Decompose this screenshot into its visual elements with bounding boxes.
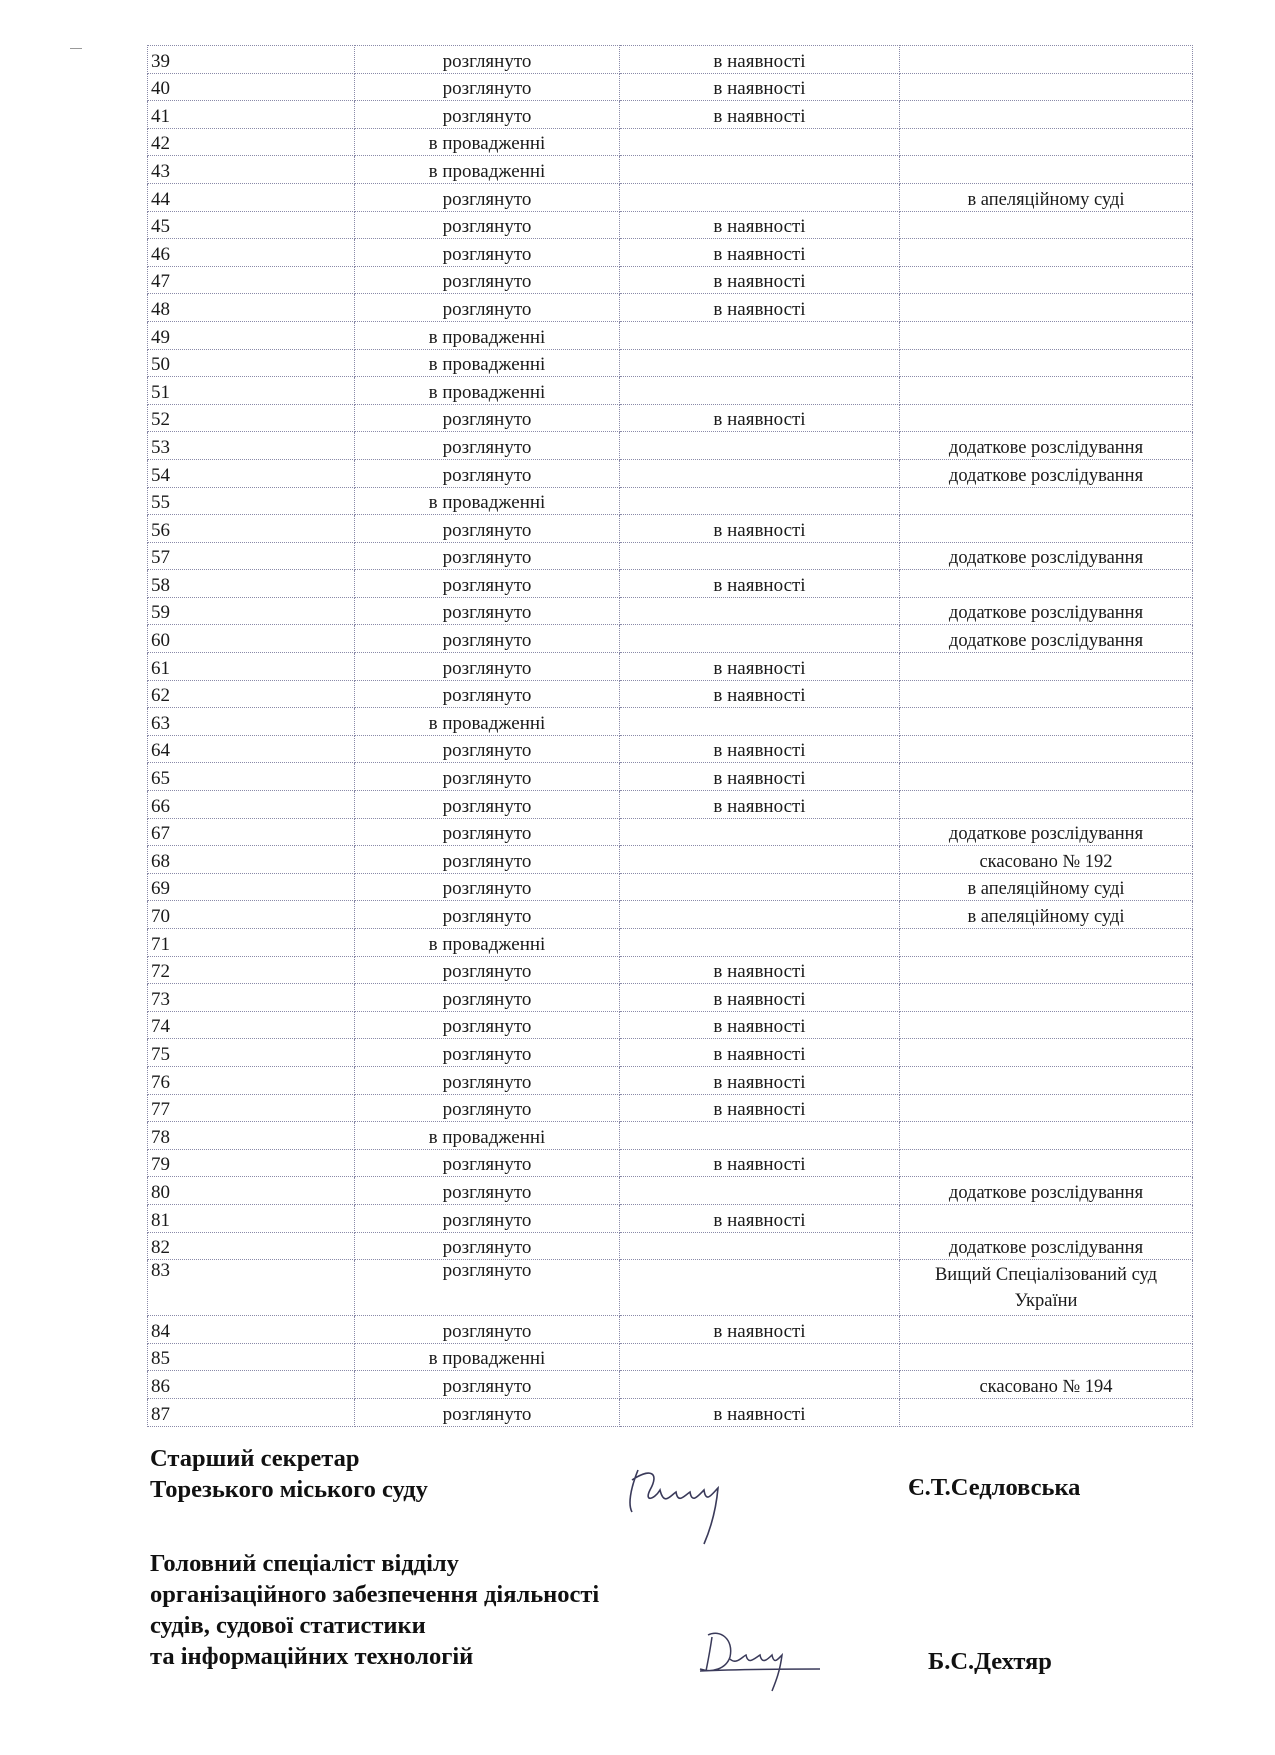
availability-cell: в наявності bbox=[620, 1039, 900, 1067]
note-cell: додаткове розслідування bbox=[900, 1177, 1193, 1205]
note-cell bbox=[900, 1066, 1193, 1094]
case-number-cell: 57 bbox=[148, 542, 355, 570]
availability-cell: в наявності bbox=[620, 763, 900, 791]
table-row: 41розглянутов наявності bbox=[148, 101, 1193, 129]
table-row: 57розглянутододаткове розслідування bbox=[148, 542, 1193, 570]
signatory-2-title: Головний спеціаліст відділу організаційн… bbox=[150, 1548, 599, 1672]
table-row: 55в провадженні bbox=[148, 487, 1193, 515]
availability-cell: в наявності bbox=[620, 1066, 900, 1094]
signature-2-icon bbox=[690, 1625, 830, 1695]
case-number-cell: 76 bbox=[148, 1066, 355, 1094]
availability-cell bbox=[620, 1343, 900, 1371]
table-row: 84розглянутов наявності bbox=[148, 1316, 1193, 1344]
note-cell bbox=[900, 1343, 1193, 1371]
case-number-cell: 63 bbox=[148, 708, 355, 736]
table-row: 58розглянутов наявності bbox=[148, 570, 1193, 598]
document-page: 39розглянутов наявності40розглянутов ная… bbox=[0, 0, 1275, 1755]
note-cell: додаткове розслідування bbox=[900, 1232, 1193, 1260]
case-number-cell: 73 bbox=[148, 984, 355, 1012]
note-cell bbox=[900, 101, 1193, 129]
status-cell: розглянуто bbox=[355, 1066, 620, 1094]
case-number-cell: 65 bbox=[148, 763, 355, 791]
case-number-cell: 74 bbox=[148, 1011, 355, 1039]
availability-cell: в наявності bbox=[620, 680, 900, 708]
note-cell bbox=[900, 1149, 1193, 1177]
status-cell: розглянуто bbox=[355, 956, 620, 984]
note-cell bbox=[900, 349, 1193, 377]
case-number-cell: 78 bbox=[148, 1122, 355, 1150]
status-cell: розглянуто bbox=[355, 597, 620, 625]
availability-cell bbox=[620, 901, 900, 929]
status-cell: розглянуто bbox=[355, 1039, 620, 1067]
availability-cell bbox=[620, 432, 900, 460]
case-number-cell: 50 bbox=[148, 349, 355, 377]
note-cell: в апеляційному суді bbox=[900, 183, 1193, 211]
table-row: 81розглянутов наявності bbox=[148, 1204, 1193, 1232]
case-number-cell: 59 bbox=[148, 597, 355, 625]
note-cell: скасовано № 194 bbox=[900, 1371, 1193, 1399]
table-row: 59розглянутододаткове розслідування bbox=[148, 597, 1193, 625]
table-row: 67розглянутододаткове розслідування bbox=[148, 818, 1193, 846]
note-cell bbox=[900, 1204, 1193, 1232]
note-cell bbox=[900, 156, 1193, 184]
table-row: 44розглянутов апеляційному суді bbox=[148, 183, 1193, 211]
note-cell bbox=[900, 653, 1193, 681]
status-cell: розглянуто bbox=[355, 570, 620, 598]
availability-cell: в наявності bbox=[620, 1094, 900, 1122]
status-cell: розглянуто bbox=[355, 73, 620, 101]
status-cell: розглянуто bbox=[355, 680, 620, 708]
table-row: 77розглянутов наявності bbox=[148, 1094, 1193, 1122]
note-cell bbox=[900, 377, 1193, 405]
status-cell: розглянуто bbox=[355, 101, 620, 129]
case-number-cell: 58 bbox=[148, 570, 355, 598]
table-row: 53розглянутододаткове розслідування bbox=[148, 432, 1193, 460]
status-cell: розглянуто bbox=[355, 1177, 620, 1205]
table-row: 60розглянутододаткове розслідування bbox=[148, 625, 1193, 653]
status-cell: розглянуто bbox=[355, 818, 620, 846]
availability-cell bbox=[620, 1122, 900, 1150]
case-number-cell: 85 bbox=[148, 1343, 355, 1371]
note-cell: скасовано № 192 bbox=[900, 846, 1193, 874]
note-cell bbox=[900, 128, 1193, 156]
availability-cell: в наявності bbox=[620, 515, 900, 543]
availability-cell: в наявності bbox=[620, 101, 900, 129]
availability-cell bbox=[620, 929, 900, 957]
availability-cell: в наявності bbox=[620, 1398, 900, 1426]
availability-cell: в наявності bbox=[620, 791, 900, 819]
case-number-cell: 69 bbox=[148, 873, 355, 901]
availability-cell bbox=[620, 183, 900, 211]
case-number-cell: 55 bbox=[148, 487, 355, 515]
note-cell bbox=[900, 404, 1193, 432]
table-row: 79розглянутов наявності bbox=[148, 1149, 1193, 1177]
note-cell bbox=[900, 735, 1193, 763]
availability-cell bbox=[620, 487, 900, 515]
table-row: 78в провадженні bbox=[148, 1122, 1193, 1150]
status-cell: в провадженні bbox=[355, 487, 620, 515]
case-number-cell: 75 bbox=[148, 1039, 355, 1067]
table-row: 61розглянутов наявності bbox=[148, 653, 1193, 681]
availability-cell: в наявності bbox=[620, 404, 900, 432]
case-number-cell: 86 bbox=[148, 1371, 355, 1399]
case-number-cell: 87 bbox=[148, 1398, 355, 1426]
table-row: 85в провадженні bbox=[148, 1343, 1193, 1371]
signatory-2-title-line: та інформаційних технологій bbox=[150, 1641, 599, 1672]
status-cell: розглянуто bbox=[355, 46, 620, 74]
note-cell bbox=[900, 791, 1193, 819]
case-number-cell: 83 bbox=[148, 1260, 355, 1316]
table-row: 68розглянутоскасовано № 192 bbox=[148, 846, 1193, 874]
case-number-cell: 45 bbox=[148, 211, 355, 239]
table-row: 64розглянутов наявності bbox=[148, 735, 1193, 763]
case-number-cell: 52 bbox=[148, 404, 355, 432]
status-cell: в провадженні bbox=[355, 128, 620, 156]
note-cell: додаткове розслідування bbox=[900, 542, 1193, 570]
status-cell: розглянуто bbox=[355, 459, 620, 487]
status-cell: розглянуто bbox=[355, 1011, 620, 1039]
note-cell bbox=[900, 929, 1193, 957]
table-row: 86розглянутоскасовано № 194 bbox=[148, 1371, 1193, 1399]
table-row: 73розглянутов наявності bbox=[148, 984, 1193, 1012]
table-row: 62розглянутов наявності bbox=[148, 680, 1193, 708]
availability-cell bbox=[620, 708, 900, 736]
note-cell bbox=[900, 570, 1193, 598]
note-cell bbox=[900, 956, 1193, 984]
status-cell: в провадженні bbox=[355, 929, 620, 957]
status-cell: розглянуто bbox=[355, 1149, 620, 1177]
note-cell bbox=[900, 46, 1193, 74]
availability-cell bbox=[620, 1177, 900, 1205]
table-row: 69розглянутов апеляційному суді bbox=[148, 873, 1193, 901]
availability-cell: в наявності bbox=[620, 46, 900, 74]
status-cell: розглянуто bbox=[355, 846, 620, 874]
availability-cell bbox=[620, 156, 900, 184]
table-row: 42в провадженні bbox=[148, 128, 1193, 156]
table-row: 49в провадженні bbox=[148, 321, 1193, 349]
case-number-cell: 79 bbox=[148, 1149, 355, 1177]
status-cell: розглянуто bbox=[355, 1094, 620, 1122]
case-number-cell: 42 bbox=[148, 128, 355, 156]
status-cell: розглянуто bbox=[355, 266, 620, 294]
status-cell: розглянуто bbox=[355, 791, 620, 819]
status-cell: розглянуто bbox=[355, 984, 620, 1012]
status-cell: розглянуто bbox=[355, 735, 620, 763]
note-cell: в апеляційному суді bbox=[900, 873, 1193, 901]
availability-cell bbox=[620, 128, 900, 156]
case-number-cell: 60 bbox=[148, 625, 355, 653]
table-row: 72розглянутов наявності bbox=[148, 956, 1193, 984]
status-cell: в провадженні bbox=[355, 377, 620, 405]
case-number-cell: 64 bbox=[148, 735, 355, 763]
case-number-cell: 46 bbox=[148, 239, 355, 267]
case-number-cell: 82 bbox=[148, 1232, 355, 1260]
table-row: 48розглянутов наявності bbox=[148, 294, 1193, 322]
status-cell: розглянуто bbox=[355, 542, 620, 570]
status-cell: розглянуто bbox=[355, 653, 620, 681]
table-row: 45розглянутов наявності bbox=[148, 211, 1193, 239]
availability-cell: в наявності bbox=[620, 1316, 900, 1344]
case-number-cell: 68 bbox=[148, 846, 355, 874]
status-cell: в провадженні bbox=[355, 1343, 620, 1371]
table-row: 75розглянутов наявності bbox=[148, 1039, 1193, 1067]
availability-cell: в наявності bbox=[620, 1204, 900, 1232]
note-cell bbox=[900, 1011, 1193, 1039]
signatory-2-title-line: Головний спеціаліст відділу bbox=[150, 1548, 599, 1579]
signatory-2-title-line: організаційного забезпечення діяльності bbox=[150, 1579, 599, 1610]
note-cell: в апеляційному суді bbox=[900, 901, 1193, 929]
case-register-body: 39розглянутов наявності40розглянутов ная… bbox=[148, 46, 1193, 1427]
note-cell bbox=[900, 680, 1193, 708]
availability-cell: в наявності bbox=[620, 294, 900, 322]
availability-cell bbox=[620, 625, 900, 653]
status-cell: розглянуто bbox=[355, 515, 620, 543]
case-number-cell: 48 bbox=[148, 294, 355, 322]
availability-cell bbox=[620, 597, 900, 625]
table-row: 83розглянутоВищий Спеціалізований суд Ук… bbox=[148, 1260, 1193, 1316]
status-cell: розглянуто bbox=[355, 763, 620, 791]
availability-cell bbox=[620, 873, 900, 901]
signatory-1-title-line: Старший секретар bbox=[150, 1443, 428, 1474]
table-row: 87розглянутов наявності bbox=[148, 1398, 1193, 1426]
status-cell: в провадженні bbox=[355, 1122, 620, 1150]
status-cell: розглянуто bbox=[355, 1204, 620, 1232]
status-cell: розглянуто bbox=[355, 239, 620, 267]
case-number-cell: 62 bbox=[148, 680, 355, 708]
availability-cell: в наявності bbox=[620, 266, 900, 294]
availability-cell: в наявності bbox=[620, 984, 900, 1012]
status-cell: в провадженні bbox=[355, 156, 620, 184]
case-number-cell: 49 bbox=[148, 321, 355, 349]
availability-cell: в наявності bbox=[620, 570, 900, 598]
availability-cell bbox=[620, 1371, 900, 1399]
availability-cell bbox=[620, 459, 900, 487]
note-cell bbox=[900, 515, 1193, 543]
table-row: 70розглянутов апеляційному суді bbox=[148, 901, 1193, 929]
case-number-cell: 77 bbox=[148, 1094, 355, 1122]
availability-cell bbox=[620, 1232, 900, 1260]
status-cell: розглянуто bbox=[355, 901, 620, 929]
availability-cell: в наявності bbox=[620, 1149, 900, 1177]
availability-cell: в наявності bbox=[620, 1011, 900, 1039]
case-number-cell: 43 bbox=[148, 156, 355, 184]
status-cell: в провадженні bbox=[355, 349, 620, 377]
status-cell: розглянуто bbox=[355, 1371, 620, 1399]
case-number-cell: 67 bbox=[148, 818, 355, 846]
scan-mark bbox=[70, 48, 82, 49]
availability-cell: в наявності bbox=[620, 211, 900, 239]
status-cell: розглянуто bbox=[355, 625, 620, 653]
availability-cell bbox=[620, 349, 900, 377]
case-number-cell: 80 bbox=[148, 1177, 355, 1205]
table-row: 47розглянутов наявності bbox=[148, 266, 1193, 294]
note-cell bbox=[900, 1122, 1193, 1150]
status-cell: розглянуто bbox=[355, 1398, 620, 1426]
table-row: 56розглянутов наявності bbox=[148, 515, 1193, 543]
case-number-cell: 81 bbox=[148, 1204, 355, 1232]
availability-cell bbox=[620, 377, 900, 405]
signature-1-icon bbox=[620, 1460, 740, 1550]
note-cell bbox=[900, 487, 1193, 515]
case-number-cell: 71 bbox=[148, 929, 355, 957]
table-row: 65розглянутов наявності bbox=[148, 763, 1193, 791]
signatory-2-name: Б.С.Дехтяр bbox=[928, 1648, 1052, 1676]
note-cell: додаткове розслідування bbox=[900, 432, 1193, 460]
case-number-cell: 72 bbox=[148, 956, 355, 984]
table-row: 71в провадженні bbox=[148, 929, 1193, 957]
status-cell: розглянуто bbox=[355, 294, 620, 322]
note-cell bbox=[900, 763, 1193, 791]
signatory-1-name: Є.Т.Седловська bbox=[908, 1474, 1080, 1502]
availability-cell bbox=[620, 846, 900, 874]
table-row: 40розглянутов наявності bbox=[148, 73, 1193, 101]
case-number-cell: 40 bbox=[148, 73, 355, 101]
availability-cell: в наявності bbox=[620, 735, 900, 763]
table-row: 76розглянутов наявності bbox=[148, 1066, 1193, 1094]
status-cell: розглянуто bbox=[355, 211, 620, 239]
note-cell bbox=[900, 1398, 1193, 1426]
note-cell bbox=[900, 266, 1193, 294]
table-row: 66розглянутов наявності bbox=[148, 791, 1193, 819]
case-number-cell: 47 bbox=[148, 266, 355, 294]
case-number-cell: 39 bbox=[148, 46, 355, 74]
case-number-cell: 66 bbox=[148, 791, 355, 819]
table-row: 82розглянутододаткове розслідування bbox=[148, 1232, 1193, 1260]
note-cell: додаткове розслідування bbox=[900, 459, 1193, 487]
status-cell: розглянуто bbox=[355, 404, 620, 432]
availability-cell: в наявності bbox=[620, 653, 900, 681]
note-cell bbox=[900, 1316, 1193, 1344]
status-cell: розглянуто bbox=[355, 873, 620, 901]
note-cell: додаткове розслідування bbox=[900, 597, 1193, 625]
availability-cell bbox=[620, 1260, 900, 1316]
note-cell bbox=[900, 321, 1193, 349]
case-number-cell: 41 bbox=[148, 101, 355, 129]
signatory-1-title: Старший секретар Торезького міського суд… bbox=[150, 1443, 428, 1505]
table-row: 80розглянутододаткове розслідування bbox=[148, 1177, 1193, 1205]
case-number-cell: 61 bbox=[148, 653, 355, 681]
case-number-cell: 51 bbox=[148, 377, 355, 405]
note-cell: додаткове розслідування bbox=[900, 818, 1193, 846]
table-row: 50в провадженні bbox=[148, 349, 1193, 377]
note-cell bbox=[900, 1039, 1193, 1067]
status-cell: розглянуто bbox=[355, 1232, 620, 1260]
case-number-cell: 53 bbox=[148, 432, 355, 460]
availability-cell: в наявності bbox=[620, 73, 900, 101]
status-cell: розглянуто bbox=[355, 432, 620, 460]
availability-cell: в наявності bbox=[620, 239, 900, 267]
note-cell: Вищий Спеціалізований суд України bbox=[900, 1260, 1193, 1316]
table-row: 63в провадженні bbox=[148, 708, 1193, 736]
availability-cell bbox=[620, 818, 900, 846]
note-cell bbox=[900, 294, 1193, 322]
note-cell bbox=[900, 1094, 1193, 1122]
status-cell: в провадженні bbox=[355, 708, 620, 736]
note-cell bbox=[900, 73, 1193, 101]
status-cell: розглянуто bbox=[355, 183, 620, 211]
table-row: 51в провадженні bbox=[148, 377, 1193, 405]
note-cell bbox=[900, 984, 1193, 1012]
table-row: 39розглянутов наявності bbox=[148, 46, 1193, 74]
case-register-table: 39розглянутов наявності40розглянутов ная… bbox=[147, 45, 1193, 1427]
availability-cell bbox=[620, 321, 900, 349]
case-number-cell: 70 bbox=[148, 901, 355, 929]
table-row: 54розглянутододаткове розслідування bbox=[148, 459, 1193, 487]
note-cell bbox=[900, 211, 1193, 239]
availability-cell: в наявності bbox=[620, 956, 900, 984]
case-number-cell: 44 bbox=[148, 183, 355, 211]
case-number-cell: 84 bbox=[148, 1316, 355, 1344]
status-cell: розглянуто bbox=[355, 1316, 620, 1344]
table-row: 46розглянутов наявності bbox=[148, 239, 1193, 267]
note-cell bbox=[900, 708, 1193, 736]
availability-cell bbox=[620, 542, 900, 570]
signatory-2-title-line: судів, судової статистики bbox=[150, 1610, 599, 1641]
table-row: 52розглянутов наявності bbox=[148, 404, 1193, 432]
status-cell: розглянуто bbox=[355, 1260, 620, 1316]
note-cell: додаткове розслідування bbox=[900, 625, 1193, 653]
table-row: 43в провадженні bbox=[148, 156, 1193, 184]
table-row: 74розглянутов наявності bbox=[148, 1011, 1193, 1039]
case-number-cell: 54 bbox=[148, 459, 355, 487]
status-cell: в провадженні bbox=[355, 321, 620, 349]
signatory-1-title-line: Торезького міського суду bbox=[150, 1474, 428, 1505]
case-number-cell: 56 bbox=[148, 515, 355, 543]
note-cell bbox=[900, 239, 1193, 267]
